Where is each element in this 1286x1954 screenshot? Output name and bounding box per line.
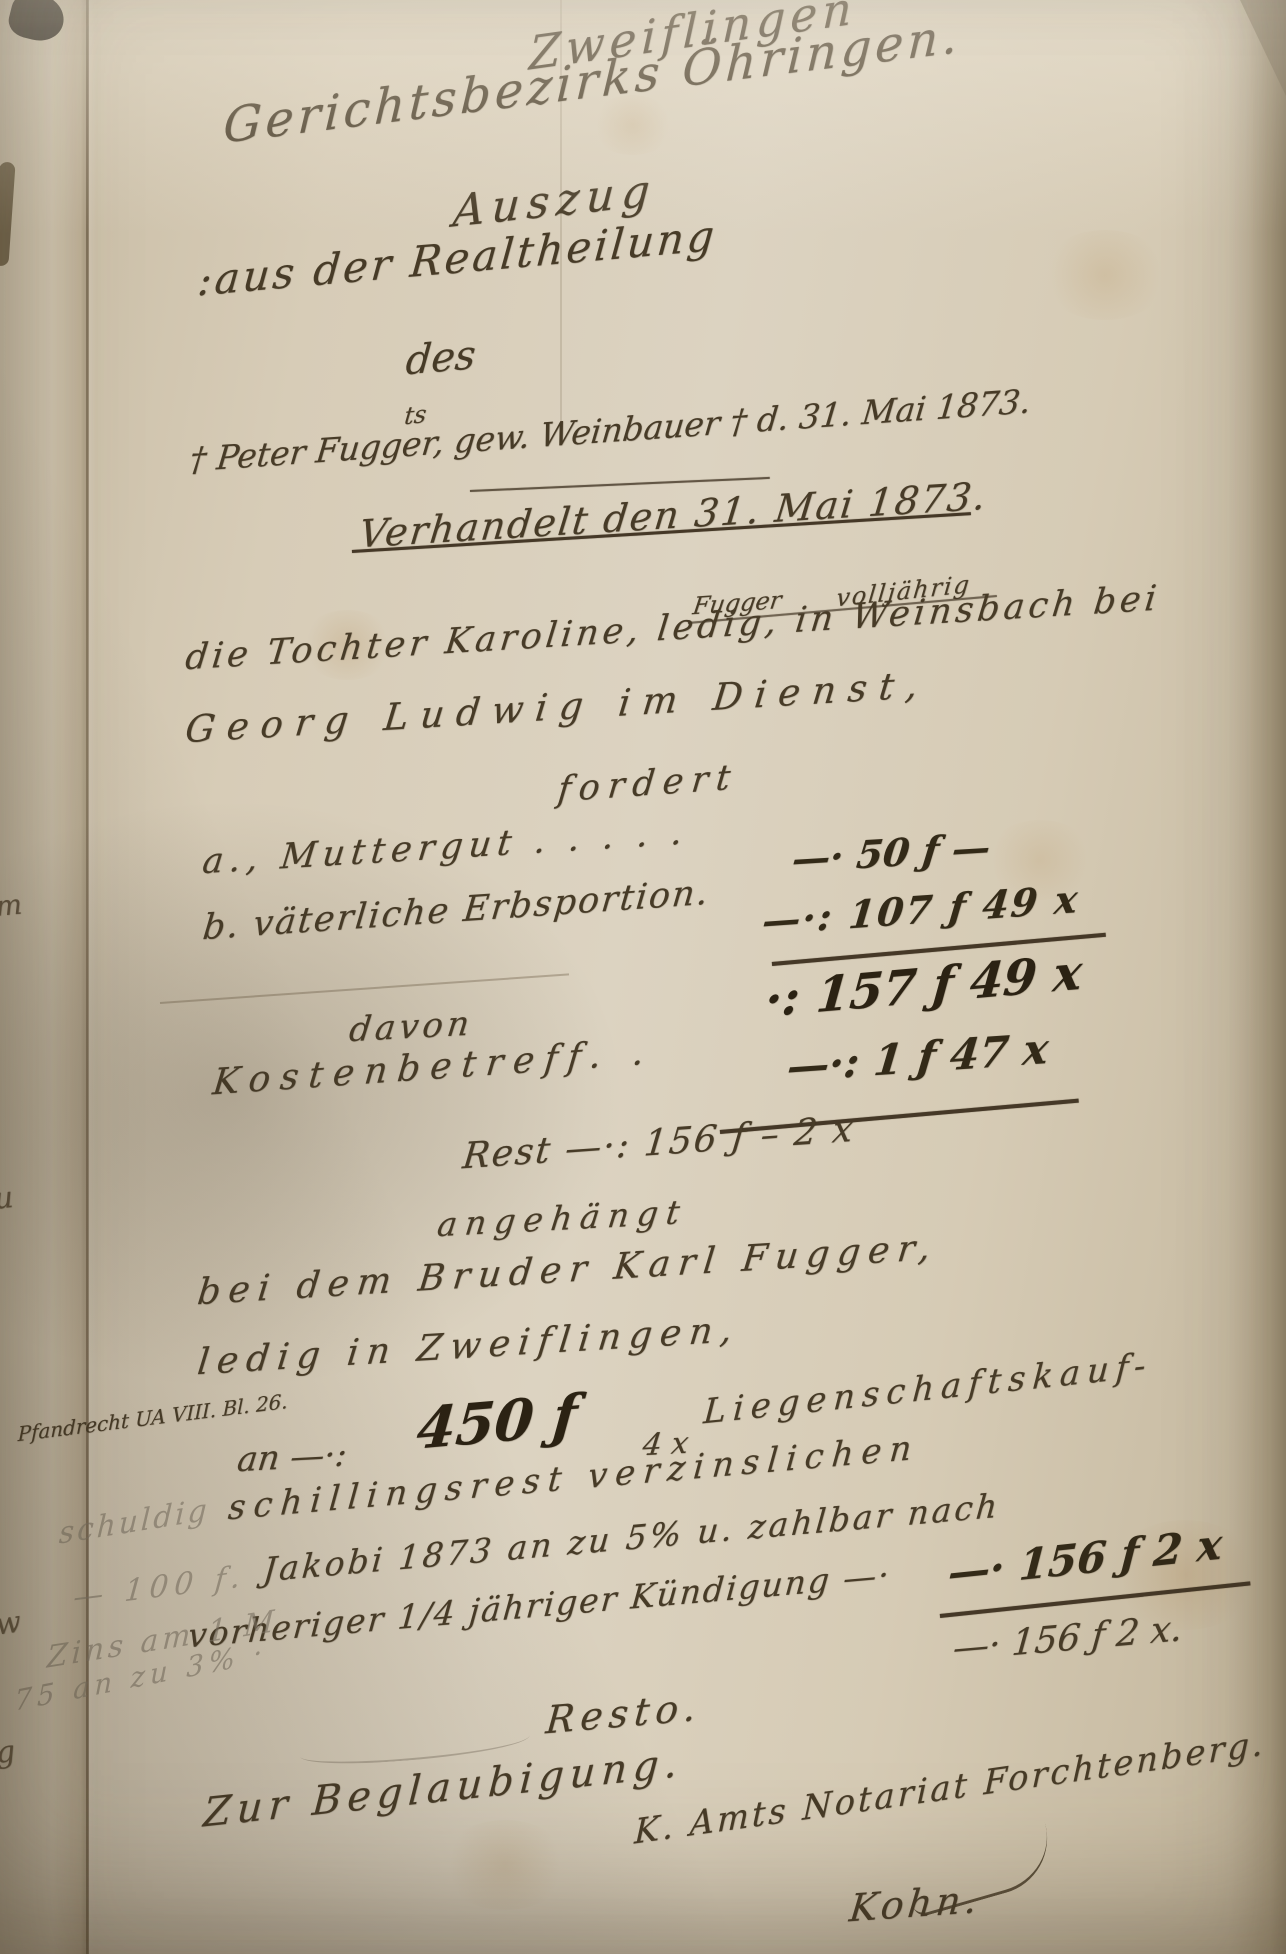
liegenschaft-word: Liegenschaftskauf- xyxy=(702,1345,1154,1433)
stain xyxy=(1040,230,1170,320)
torn-right-edge xyxy=(1228,0,1286,1954)
amount-156-top: —· 156 ƒ 2 x xyxy=(947,1519,1224,1597)
rest-line: Rest —·: 156 ƒ – 2 x xyxy=(461,1109,857,1178)
signature-name: Kohn. xyxy=(847,1877,983,1931)
word-des: des xyxy=(404,332,478,385)
word-resto: Resto. xyxy=(544,1684,703,1742)
debtor-line-2: ledig in Zweiflingen, xyxy=(195,1309,742,1384)
an-dash: an —·: xyxy=(235,1434,349,1480)
document-photo: Zweiflingen Gerichtsbezirks Öhringen. Au… xyxy=(0,0,1286,1954)
item-b-amount: —·: 107 ƒ 49 x xyxy=(760,876,1081,944)
item-b-label: b. väterliche Erbsportion. xyxy=(201,873,712,949)
claimant-line-2: Georg Ludwig im Dienst, xyxy=(183,662,932,751)
stain xyxy=(440,1820,570,1910)
edge-fragment-1: m xyxy=(0,888,23,923)
item-a-amount: —· 50 ƒ — xyxy=(790,824,993,881)
word-angelegt: angehängt xyxy=(435,1192,690,1244)
claimant-line-1: die Tochter Karoline, ledig, in Weinsbac… xyxy=(183,578,1162,678)
kosten-amount: —·: 1 ƒ 47 x xyxy=(785,1024,1051,1092)
word-davon: davon xyxy=(347,1004,475,1051)
amount-156-bottom: —· 156 ƒ 2 x. xyxy=(951,1608,1184,1670)
deceased-line: † Peter Fugger, gew. Weinbauer † d. 31. … xyxy=(188,381,1033,479)
principal-amount: 450 ƒ xyxy=(414,1382,580,1463)
horizontal-crease xyxy=(160,973,569,1004)
item-a-label: a., Muttergut . . . . . xyxy=(200,812,690,882)
sum-total: ·: 157 ƒ 49 x xyxy=(763,944,1084,1028)
pencil-note-2: — 100 f. xyxy=(72,1559,248,1616)
word-fordert: fordert xyxy=(556,757,740,810)
notariat-line: K. Amts Notariat Forchtenberg. xyxy=(634,1723,1267,1852)
debtor-line-1: bei dem Bruder Karl Fugger, xyxy=(195,1227,940,1314)
